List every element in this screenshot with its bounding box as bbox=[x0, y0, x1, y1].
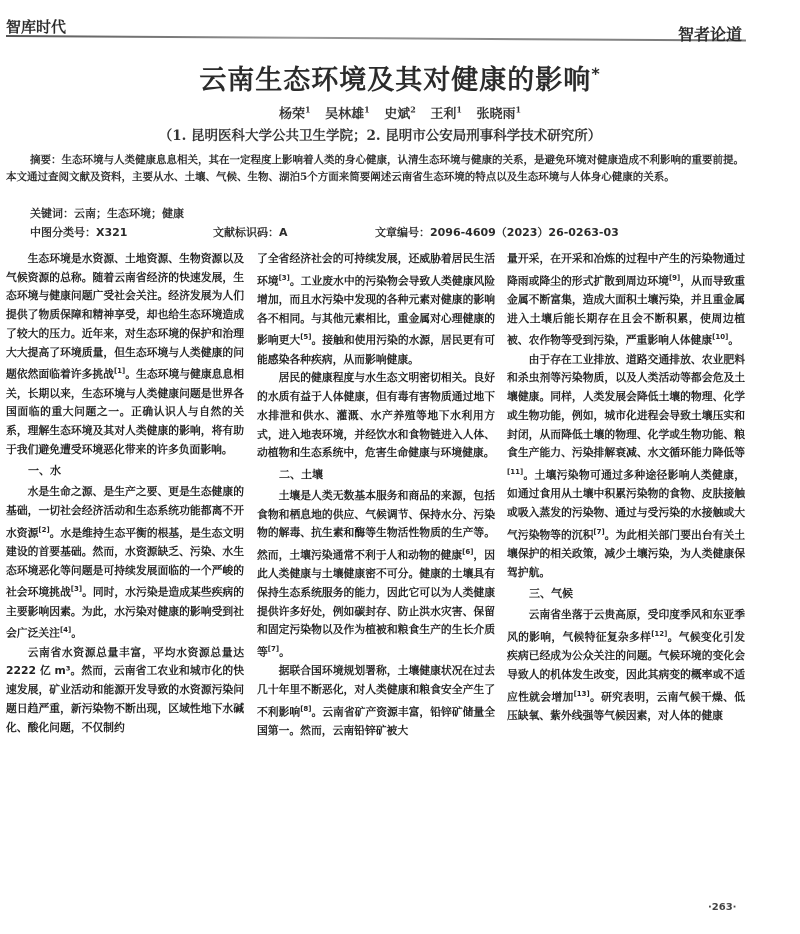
title-text: 云南生态环境及其对健康的影响 bbox=[199, 65, 591, 96]
paragraph: 云南省水资源总量丰富，平均水资源总量达 2222 亿 m³。然而，云南省工农业和… bbox=[6, 644, 244, 738]
author-list: 杨荣1 吴林雄1 史斌2 王利1 张晓雨1 bbox=[0, 103, 800, 122]
author: 张晓雨1 bbox=[476, 107, 521, 122]
keywords-text: 云南；生态环境；健康 bbox=[74, 207, 184, 220]
citation: [3] bbox=[279, 274, 290, 282]
citation: [4] bbox=[60, 626, 71, 634]
abstract: 摘要：生态环境与人类健康息息相关，其在一定程度上影响着人类的身心健康，认清生态环… bbox=[6, 152, 746, 186]
header-rule bbox=[6, 35, 746, 42]
citation: [13] bbox=[574, 690, 590, 698]
citation: [8] bbox=[300, 705, 311, 713]
paragraph: 云南省坐落于云贵高原，受印度季风和东亚季风的影响，气候特征复杂多样[12]。气候… bbox=[507, 606, 745, 725]
paragraph: 由于存在工业排放、道路交通排放、农业肥料和杀虫剂等污染物质，以及人类活动等都会危… bbox=[507, 351, 745, 583]
author: 杨荣1 bbox=[279, 107, 311, 122]
clc-number: 中图分类号：X321 bbox=[30, 224, 127, 240]
section-name: 智者论道 bbox=[678, 22, 742, 45]
section-heading-water: 一、水 bbox=[6, 459, 244, 483]
page-number: ·263· bbox=[708, 902, 736, 913]
citation: [1] bbox=[114, 367, 125, 375]
citation: [3] bbox=[71, 585, 82, 593]
paragraph: 量开采，在开采和冶炼的过程中产生的污染物通过降雨或降尘的形式扩散到周边环境[9]… bbox=[507, 250, 745, 351]
paragraph: 了全省经济社会的可持续发展，还威胁着居民生活环境[3]。工业废水中的污染物会导致… bbox=[257, 250, 495, 369]
paragraph: 水是生命之源、是生产之要、更是生态健康的基础，一切社会经济活动和生态系统功能都离… bbox=[6, 483, 244, 643]
body-column-2: 了全省经济社会的可持续发展，还威胁着居民生活环境[3]。工业废水中的污染物会导致… bbox=[257, 250, 495, 741]
journal-name: 智库时代 bbox=[6, 16, 66, 37]
running-header: 智库时代 智者论道 bbox=[0, 0, 800, 48]
author: 王利1 bbox=[430, 107, 462, 122]
body-column-3: 量开采，在开采和冶炼的过程中产生的污染物通过降雨或降尘的形式扩散到周边环境[9]… bbox=[507, 250, 745, 726]
citation: [9] bbox=[669, 274, 680, 282]
author: 史斌2 bbox=[384, 107, 416, 122]
citation: [11] bbox=[507, 468, 523, 476]
paragraph: 土壤是人类无数基本服务和商品的来源，包括食物和栖息地的供应、气候调节、保持水分、… bbox=[257, 487, 495, 663]
paragraph: 居民的健康程度与水生态文明密切相关。良好的水质有益于人体健康，但有毒有害物质通过… bbox=[257, 369, 495, 463]
citation: [12] bbox=[651, 630, 667, 638]
affiliations: （1. 昆明医科大学公共卫生学院；2. 昆明市公安局刑事科学技术研究所） bbox=[0, 124, 760, 144]
abstract-text: 生态环境与人类健康息息相关，其在一定程度上影响着人类的身心健康，认清生态环境与健… bbox=[6, 154, 744, 183]
document-code: 文献标识码：A bbox=[213, 224, 288, 240]
article-title: 云南生态环境及其对健康的影响* bbox=[0, 58, 800, 97]
abstract-label: 摘要： bbox=[30, 154, 62, 166]
citation: [7] bbox=[268, 645, 279, 653]
section-heading-soil: 二、土壤 bbox=[257, 463, 495, 487]
citation: [2] bbox=[38, 526, 49, 534]
paragraph: 生态环境是水资源、土地资源、生物资源以及气候资源的总称。随着云南省经济的快速发展… bbox=[6, 250, 244, 459]
body-column-1: 生态环境是水资源、土地资源、生物资源以及气候资源的总称。随着云南省经济的快速发展… bbox=[6, 250, 244, 737]
citation: [6] bbox=[462, 548, 473, 556]
paragraph: 据联合国环境规划署称，土壤健康状况在过去几十年里不断恶化，对人类健康和粮食安全产… bbox=[257, 662, 495, 740]
keywords: 关键词：云南；生态环境；健康 bbox=[30, 205, 184, 221]
section-heading-climate: 三、气候 bbox=[507, 582, 745, 606]
citation: [10] bbox=[712, 333, 728, 341]
keywords-label: 关键词： bbox=[30, 207, 74, 220]
article-number: 文章编号：2096-4609（2023）26-0263-03 bbox=[375, 224, 619, 240]
citation: [5] bbox=[300, 333, 311, 341]
citation: [7] bbox=[593, 528, 604, 536]
title-footnote-mark: * bbox=[591, 64, 600, 83]
author: 吴林雄1 bbox=[325, 107, 370, 122]
